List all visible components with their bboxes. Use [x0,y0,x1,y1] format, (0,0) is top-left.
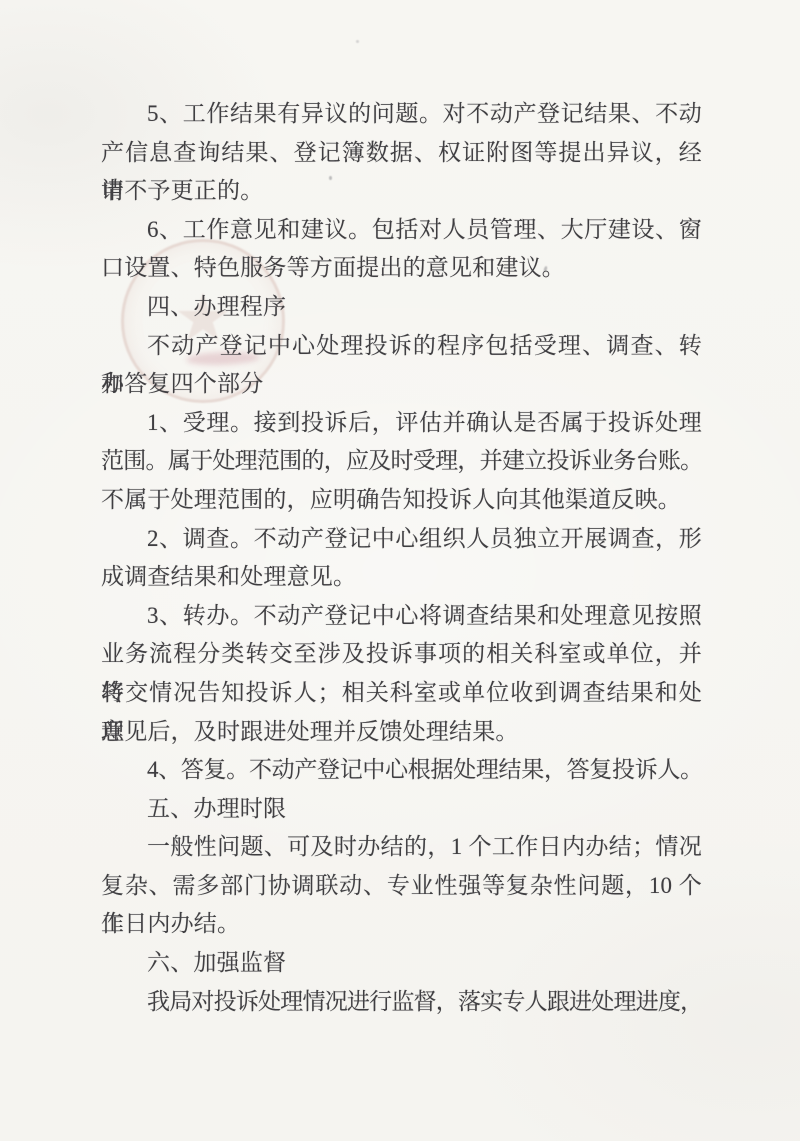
text-line: 2、调查。不动产登记中心组织人员独立开展调查，形 [101,520,702,559]
text-line: 不属于处理范围的，应明确告知投诉人向其他渠道反映。 [101,481,702,520]
text-line: 四、办理程序 [101,288,702,327]
text-line: 我局对投诉处理情况进行监督，落实专人跟进处理进度， [101,983,702,1022]
text-line: 复杂、需多部门协调联动、专业性强等复杂性问题，10 个工 [101,867,702,906]
text-line: 3、转办。不动产登记中心将调查结果和处理意见按照 [101,597,702,636]
text-line: 成调查结果和处理意见。 [101,558,702,597]
text-line: 4、答复。不动产登记中心根据处理结果，答复投诉人。 [101,751,702,790]
scan-speck [356,40,359,43]
document-body: 5、工作结果有异议的问题。对不动产登记结果、不动产信息查询结果、登记簿数据、权证… [101,95,702,1021]
text-line: 口设置、特色服务等方面提出的意见和建议。 [101,249,702,288]
text-line: 6、工作意见和建议。包括对人员管理、大厅建设、窗 [101,211,702,250]
text-line: 产信息查询结果、登记簿数据、权证附图等提出异议，经申 [101,134,702,173]
text-line: 六、加强监督 [101,944,702,983]
text-line: 业务流程分类转交至涉及投诉事项的相关科室或单位，并将 [101,635,702,674]
text-line: 和答复四个部分 [101,365,702,404]
text-line: 范围。属于处理范围的，应及时受理，并建立投诉业务台账。 [101,442,702,481]
text-line: 五、办理时限 [101,790,702,829]
text-line: 意见后，及时跟进处理并反馈处理结果。 [101,713,702,752]
text-line: 作日内办结。 [101,905,702,944]
text-line: 转交情况告知投诉人；相关科室或单位收到调查结果和处理 [101,674,702,713]
text-line: 不动产登记中心处理投诉的程序包括受理、调查、转办 [101,327,702,366]
text-line: 1、受理。接到投诉后，评估并确认是否属于投诉处理 [101,404,702,443]
scanned-page: ★ 5、工作结果有异议的问题。对不动产登记结果、不动产信息查询结果、登记簿数据、… [0,0,800,1141]
text-line: 一般性问题、可及时办结的，1 个工作日内办结；情况 [101,828,702,867]
text-line: 5、工作结果有异议的问题。对不动产登记结果、不动 [101,95,702,134]
text-line: 请不予更正的。 [101,172,702,211]
